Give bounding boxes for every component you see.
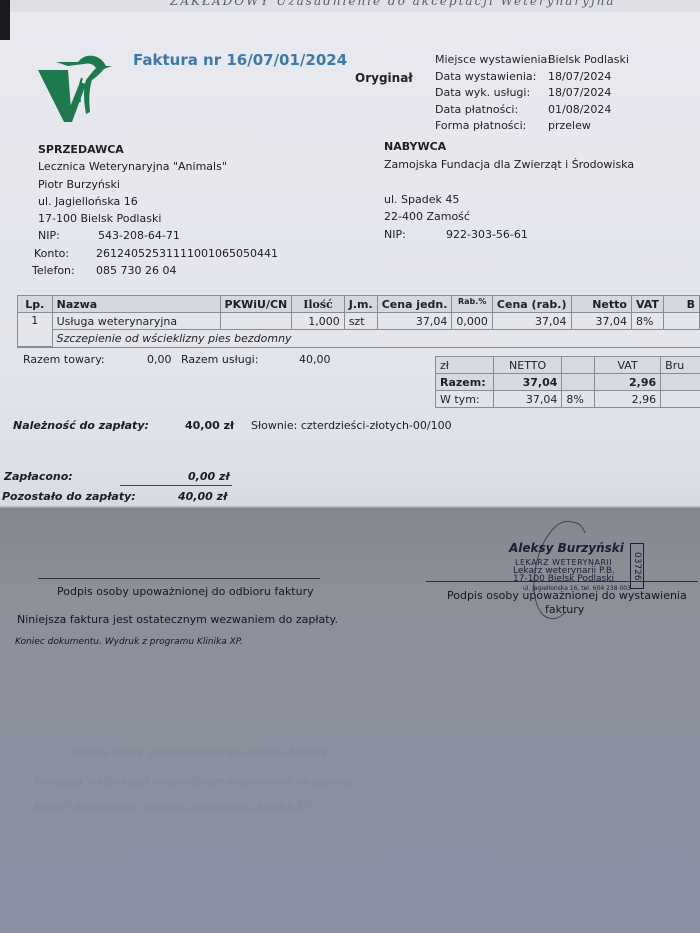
services-total-label: Razem usługi: <box>181 353 258 366</box>
copy-label: Oryginał <box>355 71 413 85</box>
remaining-amount: 40,00 zł <box>178 490 227 503</box>
paid-amount: 0,00 zł <box>188 470 230 483</box>
seller-phone: Telefon:085 730 26 04 <box>32 262 278 279</box>
seller-name: Lecznica Weterynaryjna "Animals" <box>38 158 278 175</box>
goods-total-value: 0,00 <box>147 353 172 366</box>
buyer-city: 22-400 Zamość <box>384 208 634 226</box>
invoice-title: Faktura nr 16/07/01/2024 <box>133 51 347 69</box>
seller-city: 17-100 Bielsk Podlaski <box>38 210 278 227</box>
seller-nip: NIP:543-208-64-71 <box>38 227 278 244</box>
license-number: 03726 <box>630 543 644 589</box>
invoice-photo: ZAKŁADOWY Uzasadnienie do akceptacji Wet… <box>0 0 700 933</box>
invoice-meta: Miejsce wystawienia:Bielsk Podlaski Data… <box>435 52 629 135</box>
vat-summary-table: zł NETTO VAT Bru Razem: 37,04 2,96 W tym… <box>435 356 700 408</box>
items-header-row: Lp. Nazwa PKWiU/CN Ilość J.m. Cena jedn.… <box>18 296 700 313</box>
summary-breakdown-row: W tym: 37,04 8% 2,96 <box>436 391 700 408</box>
table-row-description: Szczepienie od wścieklizny pies bezdomny <box>18 330 700 347</box>
table-row: 1 Usługa weterynaryjna 1,000 szt 37,04 0… <box>18 313 700 330</box>
bleed-through-text: Koniec dokumentu. Wydruk z programu Klin… <box>34 800 312 813</box>
items-table-bottom-border <box>17 347 700 348</box>
items-table: Lp. Nazwa PKWiU/CN Ilość J.m. Cena jedn.… <box>17 295 700 347</box>
buyer-heading: NABYWCA <box>384 138 634 156</box>
services-total-value: 40,00 <box>299 353 331 366</box>
handwriting: ZAKŁADOWY Uzasadnienie do akceptacji Wet… <box>170 0 616 8</box>
seller-heading: SPRZEDAWCA <box>38 141 278 158</box>
receiver-signature-caption: Podpis osoby upoważnionej do odbioru fak… <box>57 585 314 598</box>
buyer-nip: NIP:922-303-56-61 <box>384 226 634 244</box>
meta-payment-date: Data płatności:01/08/2024 <box>435 102 629 119</box>
receiver-signature-line <box>38 578 320 579</box>
vet-logo-icon <box>38 52 118 124</box>
seller-owner: Piotr Burzyński <box>38 176 278 193</box>
final-notice: Niniejsza faktura jest ostatecznym wezwa… <box>17 613 338 626</box>
meta-payment-method: Forma płatności:przelew <box>435 118 629 135</box>
bleed-through-text: Niniejsza faktura jest ostatecznym wezwa… <box>34 775 355 788</box>
paid-label: Zapłacono: <box>4 470 73 483</box>
amount-due-label: Należność do zapłaty: <box>13 419 149 432</box>
remaining-label: Pozostało do zapłaty: <box>2 490 136 503</box>
second-sheet-strip: ZAKŁADOWY Uzasadnienie do akceptacji Wet… <box>0 0 700 12</box>
issuer-signature-caption: Podpis osoby upoważnionej do wystawienia <box>447 589 687 602</box>
background-edge <box>0 0 10 40</box>
paid-underline <box>120 485 232 486</box>
goods-total-label: Razem towary: <box>23 353 105 366</box>
meta-service-date: Data wyk. usługi:18/07/2024 <box>435 85 629 102</box>
bleed-through-text: Podpis osoby upoważnionej do odbioru fak… <box>72 746 329 759</box>
meta-place: Miejsce wystawienia:Bielsk Podlaski <box>435 52 629 69</box>
seller-account: Konto:26124052531111001065050441 <box>34 245 278 262</box>
summary-total-row: Razem: 37,04 2,96 <box>436 374 700 391</box>
amount-due-value: 40,00 zł <box>185 419 234 432</box>
buyer-block: NABYWCA Zamojska Fundacja dla Zwierząt i… <box>384 138 634 244</box>
summary-header-row: zł NETTO VAT Bru <box>436 357 700 374</box>
buyer-street: ul. Spadek 45 <box>384 191 634 209</box>
buyer-name: Zamojska Fundacja dla Zwierząt i Środowi… <box>384 156 634 174</box>
meta-issue-date: Data wystawienia:18/07/2024 <box>435 69 629 86</box>
end-of-document-note: Koniec dokumentu. Wydruk z programu Klin… <box>15 637 243 647</box>
amount-in-words: Słownie: czterdzieści-złotych-00/100 <box>251 419 452 432</box>
seller-street: ul. Jagiellońska 16 <box>38 193 278 210</box>
issuer-signature-caption-2: faktury <box>545 603 584 616</box>
seller-block: SPRZEDAWCA Lecznica Weterynaryjna "Anima… <box>38 141 278 279</box>
